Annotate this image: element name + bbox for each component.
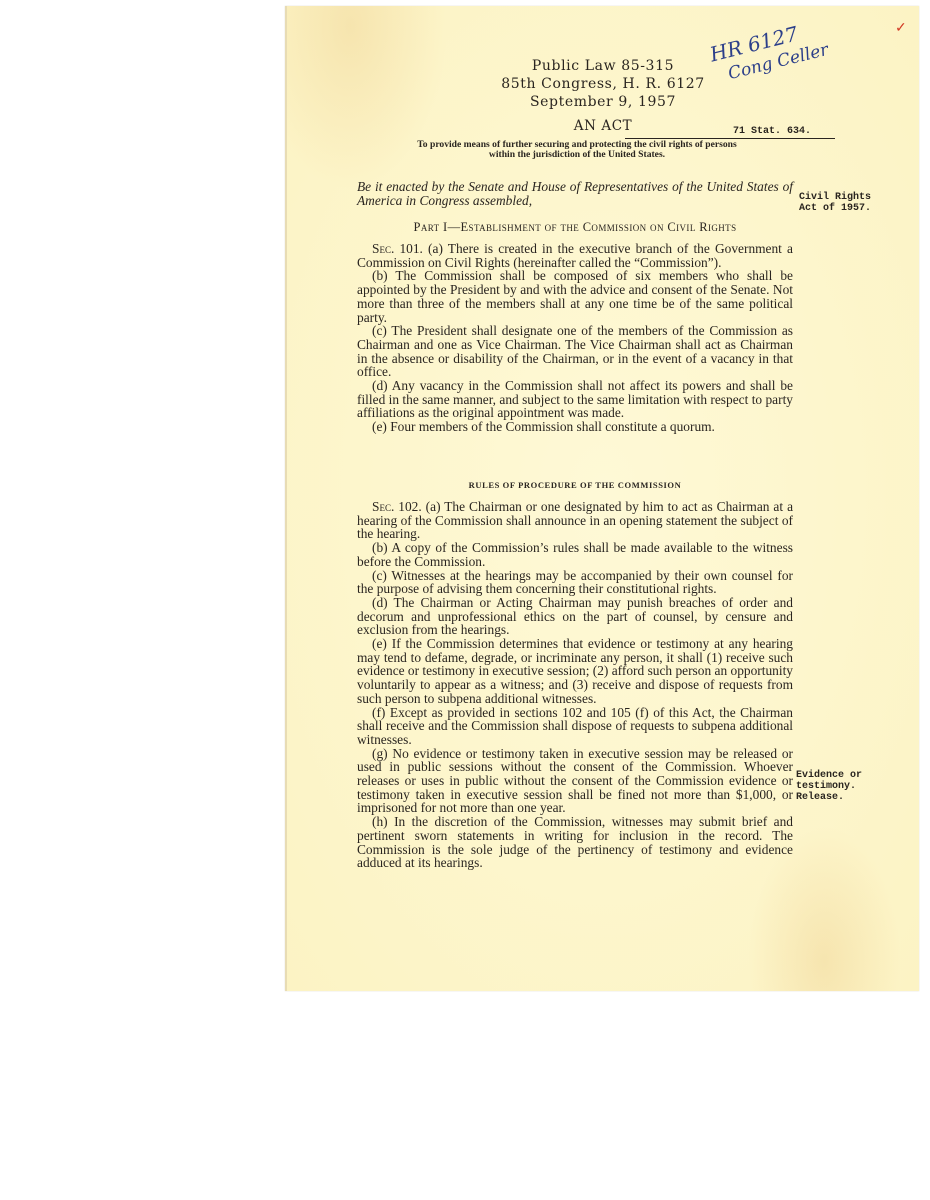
sec101-a: (a) There is created in the executive br… bbox=[357, 241, 793, 270]
margin-note-line: testimony. bbox=[796, 781, 862, 792]
sec102-a: (a) The Chairman or one designated by hi… bbox=[357, 499, 793, 541]
margin-note-line: Civil Rights bbox=[799, 192, 871, 203]
congress-bill: 85th Congress, H. R. 6127 bbox=[287, 76, 919, 92]
sec102-c: (c) Witnesses at the hearings may be acc… bbox=[357, 569, 793, 596]
sec102-b: (b) A copy of the Commission’s rules sha… bbox=[357, 541, 793, 568]
section-101: Sec. 101. (a) There is created in the ex… bbox=[357, 242, 793, 434]
rules-section-title: RULES OF PROCEDURE OF THE COMMISSION bbox=[357, 480, 793, 490]
margin-note-evidence: Evidence or testimony. Release. bbox=[796, 770, 862, 803]
purpose-line-2: within the jurisdiction of the United St… bbox=[357, 150, 797, 160]
sec101-b: (b) The Commission shall be composed of … bbox=[357, 269, 793, 324]
sec101-d: (d) Any vacancy in the Commission shall … bbox=[357, 379, 793, 420]
document-page: Public Law 85-315 85th Congress, H. R. 6… bbox=[285, 6, 919, 991]
act-title: AN ACT bbox=[287, 118, 919, 134]
sec102-e: (e) If the Commission determines that ev… bbox=[357, 637, 793, 706]
margin-note-line: Act of 1957. bbox=[799, 203, 871, 214]
sec102-d: (d) The Chairman or Acting Chairman may … bbox=[357, 596, 793, 637]
enactment-date: September 9, 1957 bbox=[287, 94, 919, 110]
statute-reference: 71 Stat. 634. bbox=[733, 126, 811, 137]
part-1-title: Part I—Establishment of the Commission o… bbox=[357, 220, 793, 235]
sec102-g: (g) No evidence or testimony taken in ex… bbox=[357, 747, 793, 816]
sec101-e: (e) Four members of the Commission shall… bbox=[357, 420, 793, 434]
margin-note-line: Release. bbox=[796, 792, 862, 803]
margin-note-line: Evidence or bbox=[796, 770, 862, 781]
margin-note-short-title: Civil Rights Act of 1957. bbox=[799, 192, 871, 214]
sec102-f: (f) Except as provided in sections 102 a… bbox=[357, 706, 793, 747]
section-102: Sec. 102. (a) The Chairman or one design… bbox=[357, 500, 793, 870]
enacting-clause: Be it enacted by the Senate and House of… bbox=[357, 180, 793, 208]
sec102-h: (h) In the discretion of the Commission,… bbox=[357, 815, 793, 870]
red-checkmark-icon: ✓ bbox=[895, 20, 907, 36]
sec101-c: (c) The President shall designate one of… bbox=[357, 324, 793, 379]
